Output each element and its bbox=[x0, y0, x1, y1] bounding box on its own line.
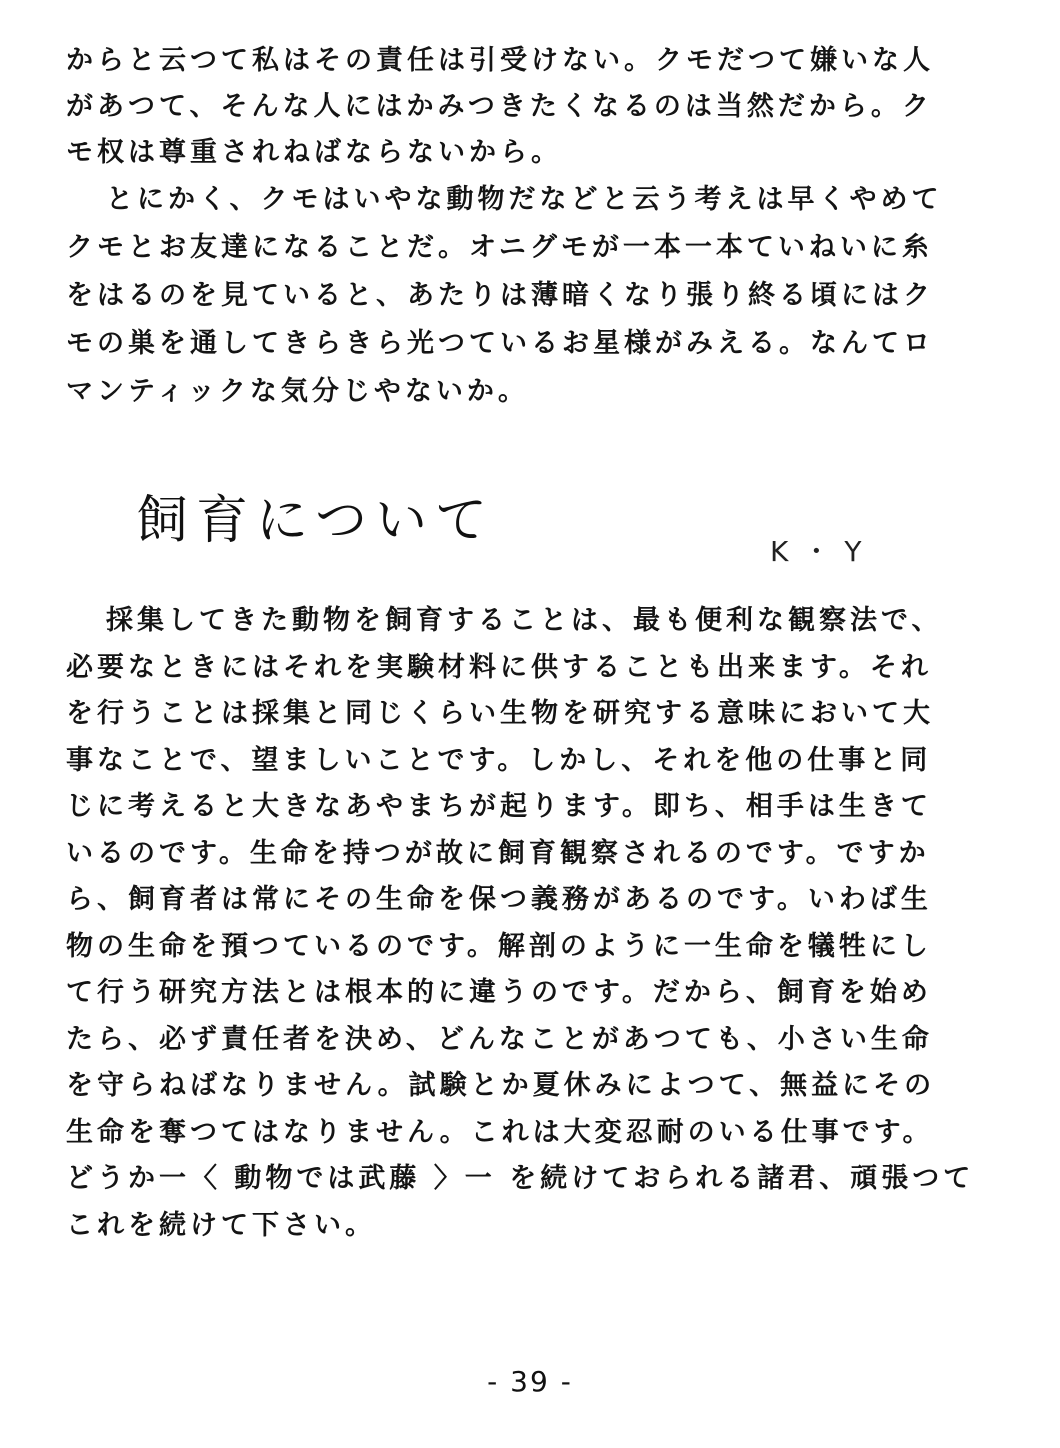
text-line: これを続けて下さい。 bbox=[66, 1203, 986, 1250]
text-line: モ权は尊重されねばならないから。 bbox=[66, 130, 986, 176]
text-line: からと云つて私はその責任は引受けない。クモだつて嫌いな人 bbox=[66, 38, 986, 84]
text-line: 生命を奪つてはなりません。これは大変忍耐のいる仕事です。 bbox=[66, 1110, 986, 1157]
text-line: を守らねばなりません。試験とか夏休みによつて、無益にその bbox=[66, 1063, 986, 1110]
continued-paragraph-2: とにかく、クモはいやな動物だなどと云う考えは早くやめて クモとお友達になることだ… bbox=[66, 176, 986, 416]
text-line: 採集してきた動物を飼育することは、最も便利な観察法で、 bbox=[66, 598, 986, 645]
author-initials: K・Y bbox=[770, 530, 875, 570]
text-line: 物の生命を預つているのです。解剖のように一生命を犠牲にし bbox=[66, 924, 986, 971]
page-number: - 39 - bbox=[0, 1365, 1060, 1398]
text-line: どうか一〈 動物では武藤 〉一 を続けておられる諸君、頑張つて bbox=[66, 1156, 986, 1203]
text-line: いるのです。生命を持つが故に飼育観察されるのです。ですか bbox=[66, 831, 986, 878]
text-line: て行う研究方法とは根本的に違うのです。だから、飼育を始め bbox=[66, 970, 986, 1017]
text-line: とにかく、クモはいやな動物だなどと云う考えは早くやめて bbox=[66, 176, 986, 224]
text-line: モの巣を通してきらきら光つているお星様がみえる。なんてロ bbox=[66, 320, 986, 368]
section-title: 飼育について bbox=[136, 478, 495, 553]
text-line: クモとお友達になることだ。オニグモが一本一本ていねいに糸 bbox=[66, 224, 986, 272]
text-line: じに考えると大きなあやまちが起ります。即ち、相手は生きて bbox=[66, 784, 986, 831]
text-line: たら、必ず責任者を決め、どんなことがあつても、小さい生命 bbox=[66, 1017, 986, 1064]
text-line: をはるのを見ていると、あたりは薄暗くなり張り終る頃にはク bbox=[66, 272, 986, 320]
text-line: マンティックな気分じやないか。 bbox=[66, 368, 986, 416]
text-line: 必要なときにはそれを実験材料に供することも出来ます。それ bbox=[66, 645, 986, 692]
continued-paragraph-1: からと云つて私はその責任は引受けない。クモだつて嫌いな人 があつて、そんな人には… bbox=[66, 38, 986, 176]
document-page: からと云つて私はその責任は引受けない。クモだつて嫌いな人 があつて、そんな人には… bbox=[0, 0, 1060, 1448]
text-line: ら、飼育者は常にその生命を保つ義務があるのです。いわば生 bbox=[66, 877, 986, 924]
text-line: を行うことは採集と同じくらい生物を研究する意味において大 bbox=[66, 691, 986, 738]
text-line: があつて、そんな人にはかみつきたくなるのは当然だから。ク bbox=[66, 84, 986, 130]
section-body-paragraph: 採集してきた動物を飼育することは、最も便利な観察法で、 必要なときにはそれを実験… bbox=[66, 598, 986, 1249]
text-line: 事なことで、望ましいことです。しかし、それを他の仕事と同 bbox=[66, 738, 986, 785]
